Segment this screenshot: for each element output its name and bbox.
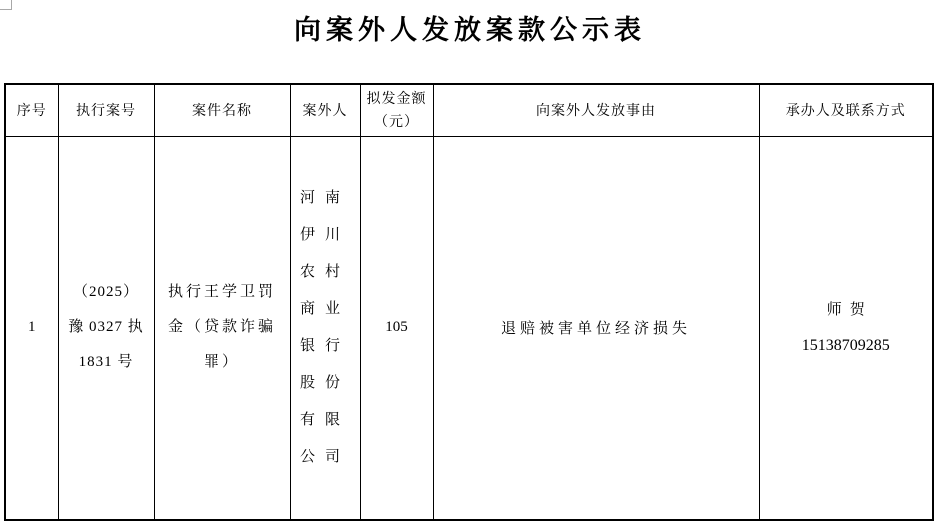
cell-amount: 105 [360,136,433,520]
cell-case-number: （2025） 豫 0327 执 1831 号 [58,136,154,520]
handler-name: 师贺 [760,293,933,328]
cell-handler: 师贺 15138709285 [759,136,933,520]
table-header-row: 序号 执行案号 案件名称 案外人 拟发金额 （元） 向案外人发放事由 承办人及联… [5,84,933,136]
header-outsider: 案外人 [290,84,360,136]
page-title: 向案外人发放案款公示表 [0,8,935,47]
cell-reason: 退赔被害单位经济损失 [433,136,759,520]
header-handler: 承办人及联系方式 [759,84,933,136]
header-reason: 向案外人发放事由 [433,84,759,136]
handler-phone: 15138709285 [760,328,933,363]
case-funds-table: 序号 执行案号 案件名称 案外人 拟发金额 （元） 向案外人发放事由 承办人及联… [4,83,934,521]
header-amount: 拟发金额 （元） [360,84,433,136]
cell-case-name: 执行王学卫罚 金（贷款诈骗 罪） [154,136,290,520]
cell-outsider: 河南 伊川 农村 商业 银行 股份 有限 公司 [290,136,360,520]
cell-seq: 1 [5,136,58,520]
header-seq: 序号 [5,84,58,136]
header-case-number: 执行案号 [58,84,154,136]
header-case-name: 案件名称 [154,84,290,136]
table-row: 1 （2025） 豫 0327 执 1831 号 执行王学卫罚 金（贷款诈骗 罪… [5,136,933,520]
